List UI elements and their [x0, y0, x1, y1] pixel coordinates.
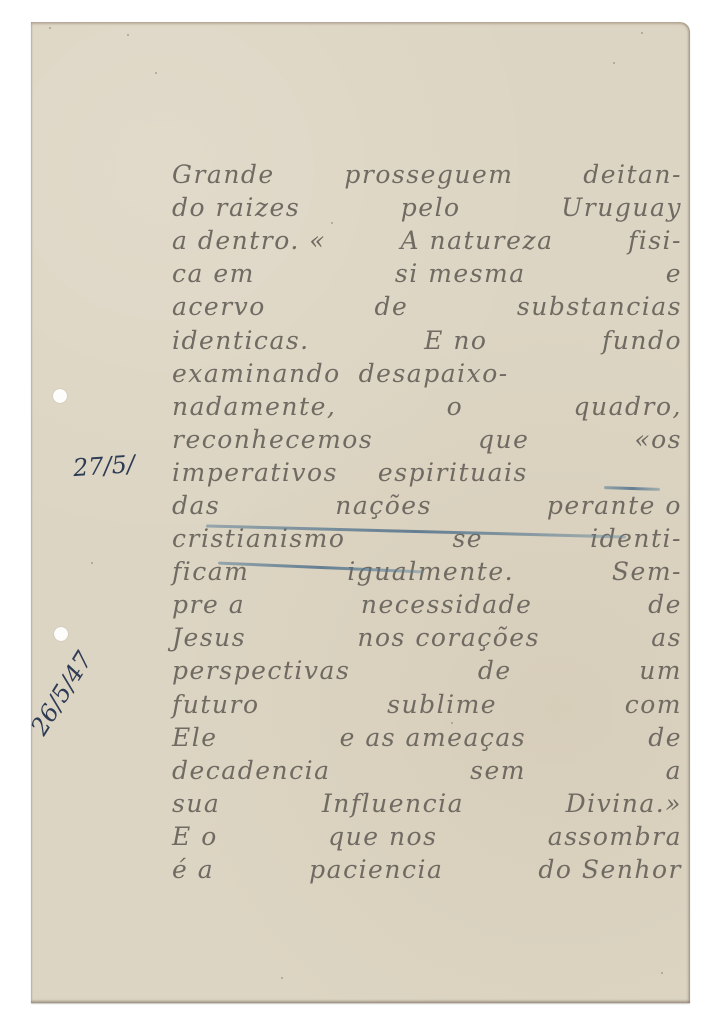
word: igualmente.	[347, 557, 514, 587]
text-line: Jesus nos corações as	[172, 623, 682, 653]
word: é a	[172, 855, 214, 885]
word: sublime	[387, 690, 497, 720]
word: E no	[424, 326, 487, 356]
word: E o	[172, 822, 218, 852]
word: do Senhor	[538, 855, 682, 885]
word: futuro	[172, 690, 260, 720]
word: identicas.	[172, 326, 310, 356]
word: perante o	[547, 491, 682, 521]
word: nações	[335, 491, 432, 521]
word: fisi-	[628, 226, 682, 256]
word: Sem-	[612, 557, 682, 587]
word: examinando	[172, 359, 341, 389]
text-line: ca em si mesma e	[172, 259, 682, 289]
text-line: reconhecemos que «os	[172, 425, 682, 455]
word: se	[452, 524, 483, 554]
word: deitan-	[583, 160, 682, 190]
text-line: pre a necessidade de	[172, 590, 682, 620]
word: Influencia	[322, 789, 464, 819]
word: identi-	[590, 524, 682, 554]
word: decadencia	[172, 756, 331, 786]
text-line: decadencia sem a	[172, 756, 682, 786]
text-line: sua Influencia Divina.»	[172, 789, 682, 819]
paper-speck	[127, 34, 129, 36]
word: substancias	[517, 292, 682, 322]
word: si mesma	[395, 259, 526, 289]
word: «os	[634, 425, 682, 455]
word: assombra	[548, 822, 682, 852]
word: de	[648, 590, 682, 620]
text-line: das nações perante o	[172, 491, 682, 521]
word: espirituais	[378, 458, 528, 488]
word: Ele	[172, 723, 218, 753]
word: do raizes	[172, 193, 300, 223]
text-line: ficam igualmente. Sem-	[172, 557, 682, 587]
text-line: nadamente, o quadro,	[172, 392, 682, 422]
word: Jesus	[172, 623, 246, 653]
word: nadamente,	[172, 392, 336, 422]
word: as	[651, 623, 682, 653]
word: a dentro. «	[172, 226, 326, 256]
text-line: futuro sublime com	[172, 690, 682, 720]
word: imperativos	[172, 458, 338, 488]
word: a	[666, 756, 682, 786]
text-line: a dentro. « A natureza fisi-	[172, 226, 682, 256]
word: pelo	[401, 193, 461, 223]
word: e as ameaças	[340, 723, 526, 753]
word: que	[478, 425, 529, 455]
text-line: imperativos espirituais	[172, 458, 682, 488]
word: com	[625, 690, 682, 720]
word: ca em	[172, 259, 255, 289]
word: um	[639, 656, 682, 686]
word: de	[374, 292, 408, 322]
text-line: Ele e as ameaças de	[172, 723, 682, 753]
margin-date-note: 26/5/47	[25, 647, 98, 740]
paper-speck	[641, 32, 643, 34]
paper-speck	[613, 62, 615, 64]
word: Divina.»	[566, 789, 682, 819]
paper-speck	[661, 972, 663, 974]
paper-speck	[91, 562, 93, 564]
word: necessidade	[361, 590, 533, 620]
text-line: E o que nos assombra	[172, 822, 682, 852]
word: das	[172, 491, 220, 521]
word: Grande	[172, 160, 275, 190]
word: sem	[470, 756, 526, 786]
word: quadro,	[574, 392, 682, 422]
word: reconhecemos	[172, 425, 373, 455]
word: nos corações	[357, 623, 540, 653]
margin-date-note: 27/5/	[72, 450, 136, 482]
word: A natureza	[401, 226, 554, 256]
word: paciencia	[309, 855, 443, 885]
text-line: perspectivas de um	[172, 656, 682, 686]
word: sua	[172, 789, 220, 819]
punch-hole	[53, 389, 67, 403]
paper-speck	[49, 27, 51, 29]
word: de	[648, 723, 682, 753]
punch-hole	[54, 627, 68, 641]
paper-speck	[155, 72, 157, 74]
word: desapaixo-	[359, 359, 509, 389]
word: perspectivas	[172, 656, 350, 686]
word: fundo	[602, 326, 682, 356]
text-line: acervo de substancias	[172, 292, 682, 322]
word: e	[666, 259, 682, 289]
paper-speck	[281, 977, 283, 979]
text-line: do raizes pelo Uruguay	[172, 193, 682, 223]
text-line: examinando desapaixo-	[172, 359, 682, 389]
word: que nos	[328, 822, 437, 852]
word: pre a	[172, 590, 245, 620]
word: Uruguay	[561, 193, 682, 223]
text-line: identicas. E no fundo	[172, 326, 682, 356]
word: acervo	[172, 292, 266, 322]
text-line: é a paciencia do Senhor	[172, 855, 682, 885]
text-line: Grande prosseguem deitan-	[172, 160, 682, 190]
word: prosseguem	[344, 160, 513, 190]
word: de	[478, 656, 512, 686]
word: o	[447, 392, 464, 422]
